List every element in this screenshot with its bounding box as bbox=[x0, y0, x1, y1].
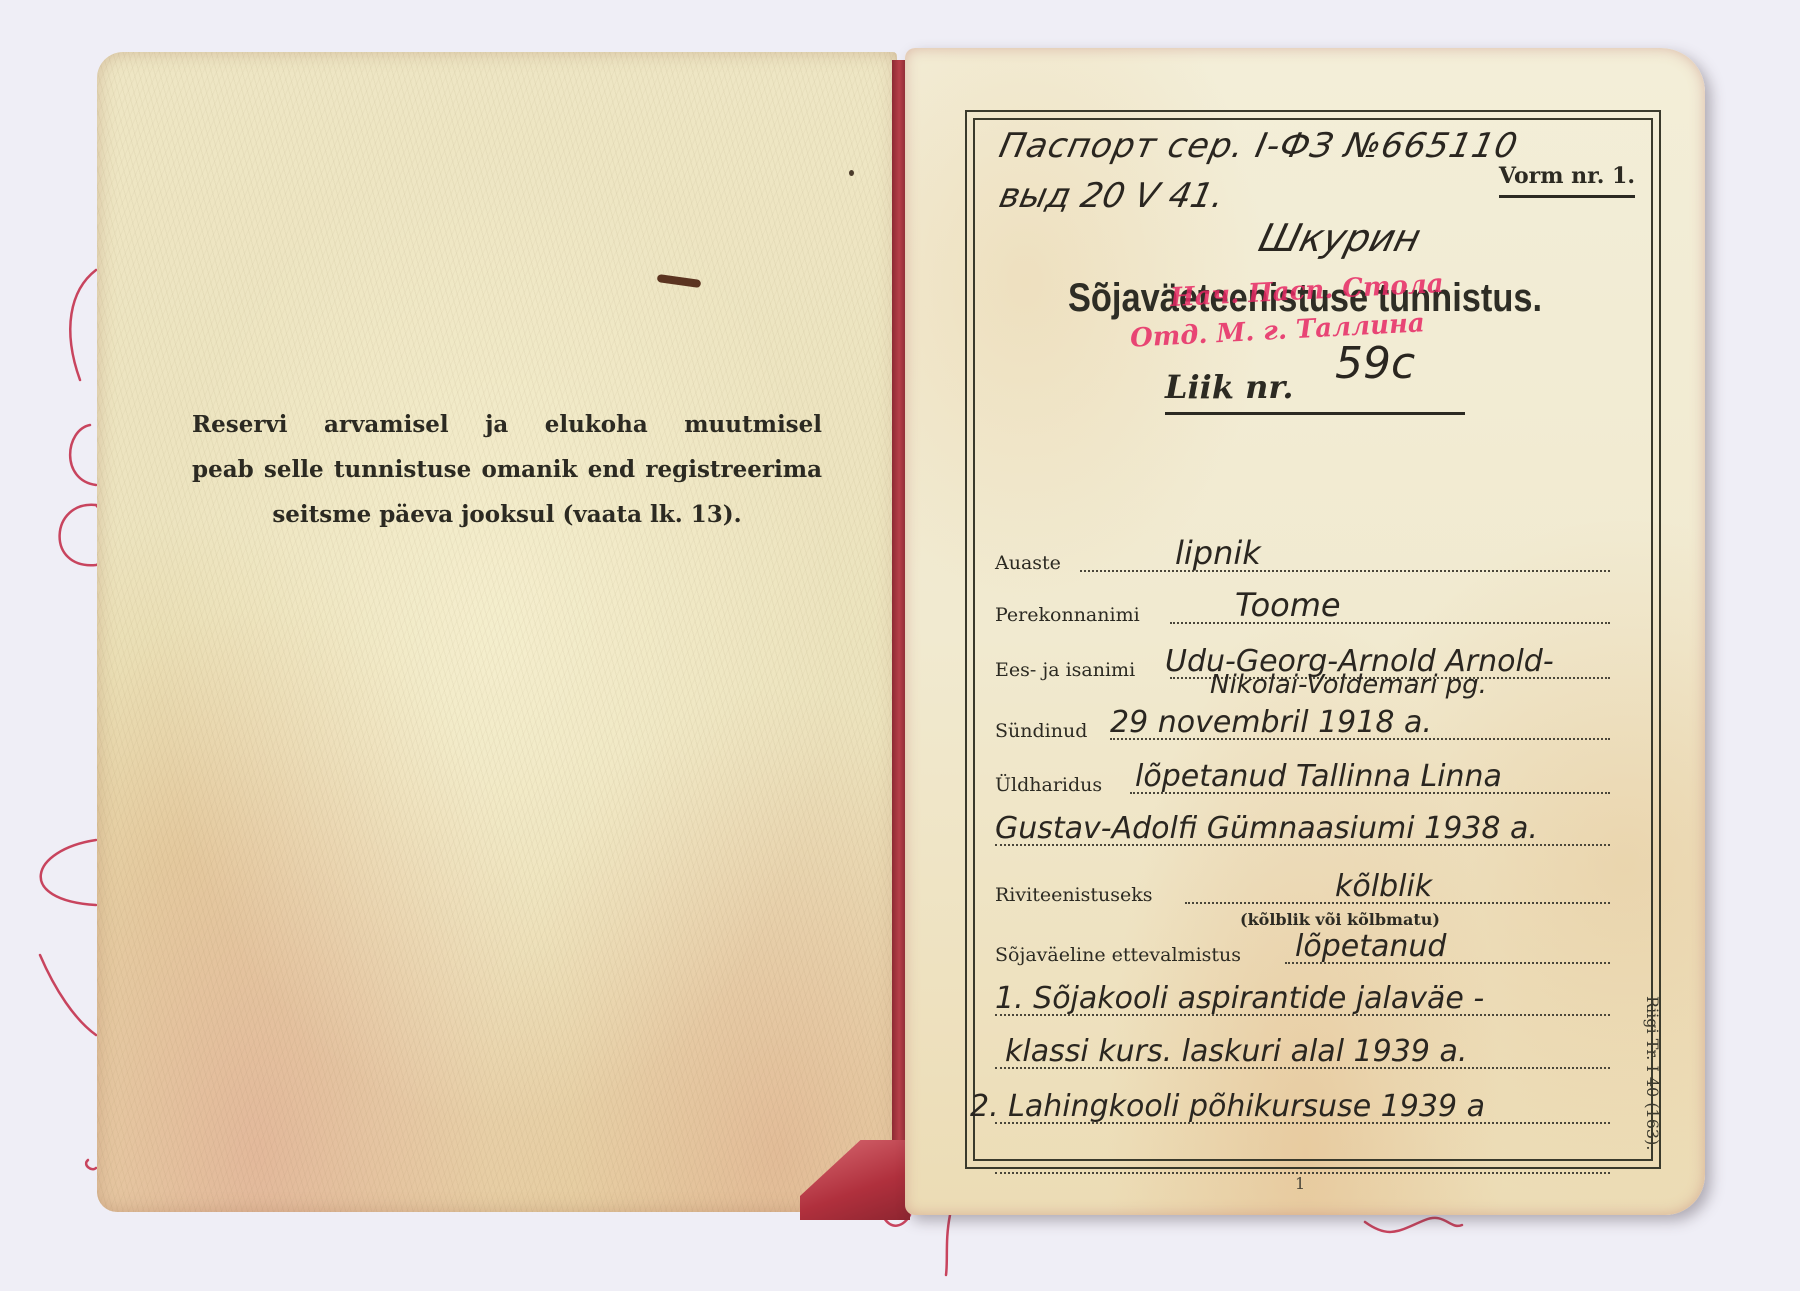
form-number: Vorm nr. 1. bbox=[1499, 163, 1635, 198]
field-label: Auaste bbox=[995, 552, 1061, 574]
training-line: klassi kurs. laskuri alal 1939 a. bbox=[995, 1033, 1650, 1073]
field-value: lõpetanud bbox=[1295, 929, 1446, 964]
training-line: 1. Sõjakooli aspirantide jalaväe - bbox=[995, 980, 1650, 1020]
field-value: kõlblik bbox=[1335, 869, 1432, 904]
category-value: 59c bbox=[1335, 338, 1415, 389]
field-rank: Auaste lipnik bbox=[995, 536, 1650, 576]
field-education-cont: Gustav-Adolfi Gümnaasiumi 1938 a. bbox=[995, 810, 1650, 850]
field-label: Riviteenistuseks bbox=[995, 884, 1153, 906]
training-line bbox=[995, 1138, 1650, 1178]
field-surname: Perekonnanimi Toome bbox=[995, 588, 1650, 628]
handwritten-passport-note: Паспорт сер. I-ФЗ №665110 bbox=[996, 126, 1522, 166]
ink-dot bbox=[849, 170, 854, 176]
page-number: 1 bbox=[1295, 1174, 1305, 1193]
field-birth: Sündinud 29 novembril 1918 a. bbox=[995, 704, 1650, 744]
field-value: Nikolai-Voldemari pg. bbox=[1210, 670, 1487, 700]
field-value: 1. Sõjakooli aspirantide jalaväe - bbox=[995, 981, 1484, 1016]
handwritten-issue-date: выд 20 V 41. bbox=[996, 176, 1228, 216]
field-label: Perekonnanimi bbox=[995, 604, 1140, 626]
scanned-booklet: Reservi arvamisel ja elukoha muutmisel p… bbox=[0, 0, 1800, 1291]
fitness-hint: (kõlblik või kõlbmatu) bbox=[1240, 910, 1440, 929]
field-education: Üldharidus lõpetanud Tallinna Linna bbox=[995, 758, 1650, 798]
field-value: Toome bbox=[1235, 586, 1341, 624]
field-value: 29 novembril 1918 a. bbox=[1110, 705, 1432, 740]
category-label: Liik nr. bbox=[1165, 368, 1293, 406]
left-page: Reservi arvamisel ja elukoha muutmisel p… bbox=[97, 52, 897, 1212]
field-value: lipnik bbox=[1175, 534, 1261, 572]
training-line: 2. Lahingkooli põhikursuse 1939 a bbox=[995, 1088, 1650, 1128]
field-value: lõpetanud Tallinna Linna bbox=[1135, 759, 1502, 794]
field-military-training: Sõjaväeline ettevalmistus lõpetanud bbox=[995, 928, 1650, 968]
dotted-line bbox=[1080, 570, 1610, 572]
notice-line: seitsme päeva jooksul (vaata lk. 13). bbox=[192, 492, 822, 537]
category-field: Liik nr. 59c bbox=[1165, 368, 1465, 415]
field-given-names-cont: Nikolai-Voldemari pg. bbox=[995, 668, 1650, 704]
field-service-fitness: Riviteenistuseks kõlblik bbox=[995, 868, 1650, 908]
official-signature: Шкурин bbox=[1255, 216, 1426, 260]
right-page: Паспорт сер. I-ФЗ №665110 выд 20 V 41. Ш… bbox=[905, 48, 1705, 1215]
field-value: Gustav-Adolfi Gümnaasiumi 1938 a. bbox=[995, 811, 1538, 846]
field-label: Üldharidus bbox=[995, 774, 1102, 796]
paper-texture bbox=[97, 52, 897, 1212]
notice-line: Reservi arvamisel ja elukoha muutmisel bbox=[192, 402, 822, 447]
field-label: Sündinud bbox=[995, 720, 1087, 742]
reserve-notice: Reservi arvamisel ja elukoha muutmisel p… bbox=[192, 402, 822, 537]
field-value: 2. Lahingkooli põhikursuse 1939 a bbox=[970, 1089, 1485, 1124]
field-value: klassi kurs. laskuri alal 1939 a. bbox=[1005, 1034, 1467, 1069]
field-label: Sõjaväeline ettevalmistus bbox=[995, 944, 1241, 966]
notice-line: peab selle tunnistuse omanik end registr… bbox=[192, 447, 822, 492]
printer-imprint: Riigi Tr. I 40 (163). bbox=[1643, 996, 1662, 1150]
